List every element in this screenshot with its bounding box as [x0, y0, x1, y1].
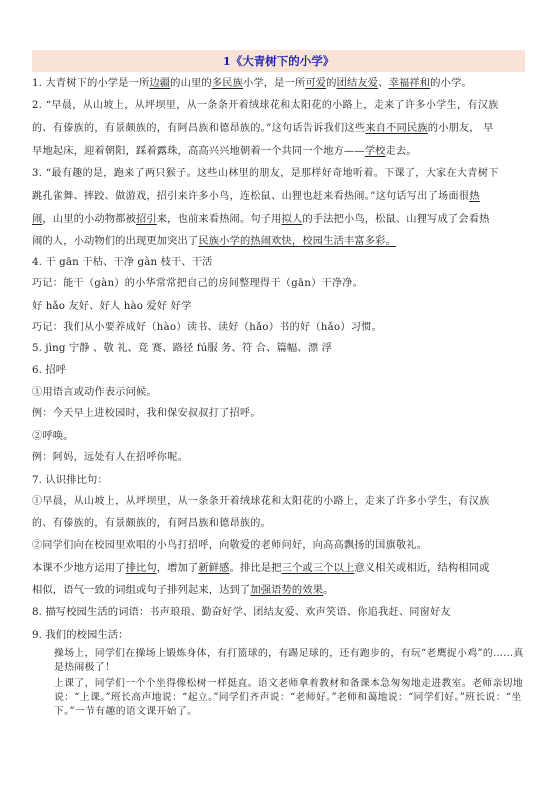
item-1: 1. 大青树下的小学是一所边疆的山里的多民族小学，是一所可爱的团结友爱、幸福祥和… [32, 75, 525, 91]
item-7: 7. 认识排比句： ①早晨，从山坡上，从坪坝里，从一条条开着绒球花和太阳花的小路… [32, 472, 525, 598]
keyword: 团结友爱 [337, 77, 379, 89]
item-9: 9. 我们的校园生活： 操场上，同学们在操场上锻炼身体，有打篮球的，有踢足球的，… [32, 627, 525, 719]
keyword: 边疆 [149, 77, 170, 89]
item-5: 5. jìng 宁静 、敬 礼、竞 赛、路径 fú服 务、符 合、篇幅、漂 浮 [32, 340, 525, 356]
item-6: 6. 招呼 ①用语言或动作表示问候。 例：今天早上进校园时，我和保安叔叔打了招呼… [32, 362, 525, 466]
keyword: 多民族 [212, 77, 243, 89]
keyword: 来自不同民族 [365, 122, 427, 134]
paragraph: 操场上，同学们在操场上锻炼身体，有打篮球的，有踢足球的，还有跑步的，有玩“老鹰捉… [32, 647, 525, 675]
keyword: 幸福祥和 [389, 77, 431, 89]
item-3: 3. “最有趣的是，跑来了两只猴子。这些山林里的朋友，是那样好奇地听着。下课了，… [32, 166, 525, 249]
item-8: 8. 描写校园生活的词语：书声琅琅、勤奋好学、团结友爱、欢声笑语、你追我赶、同窗… [32, 604, 525, 621]
paragraph: 上课了，同学们一个个坐得像松树一样挺直。语文老师拿着教材和备课本急匆匆地走进教室… [32, 677, 525, 719]
document-page: 1《大青树下的小学》 1. 大青树下的小学是一所边疆的山里的多民族小学，是一所可… [32, 50, 525, 719]
lesson-title: 1《大青树下的小学》 [32, 50, 525, 72]
item-4: 4. 干 gān 干枯、干净 gàn 枝干、干活 巧记：能干（gàn）的小华常常… [32, 254, 525, 336]
item-2: 2. “早晨，从山坡上，从坪坝里，从一条条开着绒球花和太阳花的小路上，走来了许多… [32, 98, 525, 159]
keyword: 可爱 [305, 77, 326, 89]
keyword: 学校 [365, 145, 386, 157]
